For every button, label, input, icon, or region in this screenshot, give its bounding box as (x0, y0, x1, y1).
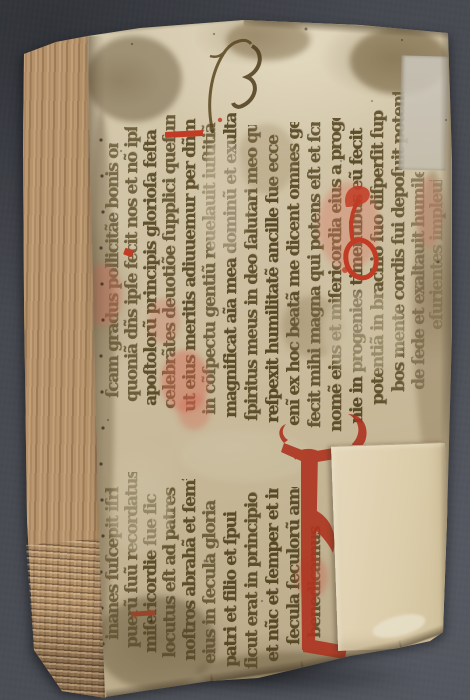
vellum-cover-wrap: ſcam gradus pollicitãe bonis omĩbusinane… (0, 0, 470, 700)
photo-stage: ſcam gradus pollicitãe bonis omĩbusinane… (0, 0, 470, 700)
fly-specks (0, 0, 470, 700)
vellum-cover: ſcam gradus pollicitãe bonis omĩbusinane… (0, 0, 470, 700)
